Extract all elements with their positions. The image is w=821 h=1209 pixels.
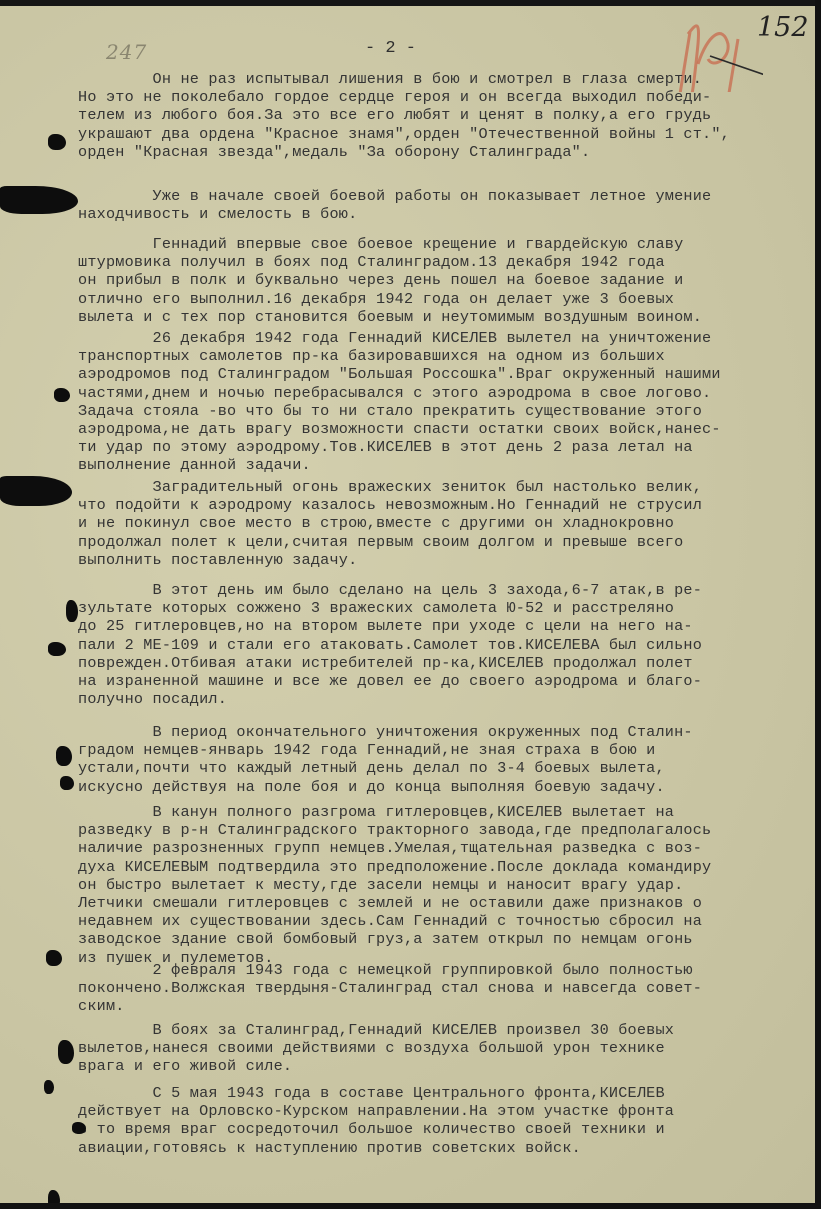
text-line: Задача стояла -во что бы то ни стало пре… xyxy=(78,402,778,420)
text-line: В боях за Сталинград,Геннадий КИСЕЛЕВ пр… xyxy=(78,1021,778,1039)
text-line: заводское здание свой бомбовый груз,а за… xyxy=(78,930,778,948)
text-line: вылетов,нанеся своими действиями с возду… xyxy=(78,1039,778,1057)
text-line: действует на Орловско-Курском направлени… xyxy=(78,1102,778,1120)
punch-hole xyxy=(48,642,66,656)
text-line: ти удар по этому аэродрому.Тов.КИСЕЛЕВ в… xyxy=(78,438,778,456)
text-line: Уже в начале своей боевой работы он пока… xyxy=(78,187,778,205)
text-line: продолжал полет к цели,считая первым сво… xyxy=(78,533,778,551)
text-line: разведку в р-н Сталинградского тракторно… xyxy=(78,821,778,839)
text-line: Геннадий впервые свое боевое крещение и … xyxy=(78,235,778,253)
paragraph-p6: В этот день им было сделано на цель 3 за… xyxy=(78,581,778,708)
paragraph-p3: Геннадий впервые свое боевое крещение и … xyxy=(78,235,778,326)
text-line: он прибыл в полк и буквально через день … xyxy=(78,271,778,289)
text-line: на израненной машине и все же довел ее д… xyxy=(78,672,778,690)
punch-hole xyxy=(46,950,62,966)
text-line: врага и его живой силе. xyxy=(78,1057,778,1075)
text-line: зультате которых сожжено 3 вражеских сам… xyxy=(78,599,778,617)
torn-edge xyxy=(0,186,78,214)
text-line: В период окончательного уничтожения окру… xyxy=(78,723,778,741)
text-line: орден "Красная звезда",медаль "За оборон… xyxy=(78,143,778,161)
text-line: устали,почти что каждый летный день дела… xyxy=(78,759,778,777)
punch-hole xyxy=(56,746,72,766)
text-line: Он не раз испытывал лишения в бою и смот… xyxy=(78,70,778,88)
text-line: аэродрома,не дать врагу возможности спас… xyxy=(78,420,778,438)
paragraph-p9: 2 февраля 1943 года с немецкой группиров… xyxy=(78,961,778,1016)
text-line: авиации,готовясь к наступлению против со… xyxy=(78,1139,778,1157)
text-line: штурмовика получил в боях под Сталинград… xyxy=(78,253,778,271)
text-line: и не покинул свое место в строю,вместе с… xyxy=(78,514,778,532)
text-line: телем из любого боя.За это все его любят… xyxy=(78,106,778,124)
text-line: недавнем их существовании здесь.Сам Генн… xyxy=(78,912,778,930)
folio-number: 152 xyxy=(757,12,809,43)
punch-hole xyxy=(66,600,78,622)
text-line: находчивость и смелость в бою. xyxy=(78,205,778,223)
document-page: 247 - 2 - 152 Он не раз испытывал лишени… xyxy=(0,6,818,1206)
punch-hole xyxy=(58,1040,74,1064)
punch-hole xyxy=(60,776,74,790)
text-line: что подойти к аэродрому казалось невозмо… xyxy=(78,496,778,514)
paragraph-p7: В период окончательного уничтожения окру… xyxy=(78,723,778,796)
punch-hole xyxy=(54,388,70,402)
paragraph-p2: Уже в начале своей боевой работы он пока… xyxy=(78,187,778,223)
text-line: Но это не поколебало гордое сердце героя… xyxy=(78,88,778,106)
text-line: получно посадил. xyxy=(78,690,778,708)
text-line: градом немцев-январь 1942 года Геннадий,… xyxy=(78,741,778,759)
punch-hole xyxy=(72,1122,86,1134)
text-line: пали 2 МЕ-109 и стали его атаковать.Само… xyxy=(78,636,778,654)
text-line: С 5 мая 1943 года в составе Центрального… xyxy=(78,1084,778,1102)
text-line: украшают два ордена "Красное знамя",орде… xyxy=(78,125,778,143)
text-line: ским. xyxy=(78,997,778,1015)
text-line: в то время враг сосредоточил большое кол… xyxy=(78,1120,778,1138)
torn-edge xyxy=(0,476,72,506)
text-line: покончено.Волжская твердыня-Сталинград с… xyxy=(78,979,778,997)
text-line: до 25 гитлеровцев,но на втором вылете пр… xyxy=(78,617,778,635)
scan-bottom-border xyxy=(0,1203,821,1209)
text-line: духа КИСЕЛЕВЫМ подтвердила это предполож… xyxy=(78,858,778,876)
text-line: поврежден.Отбивая атаки истребителей пр-… xyxy=(78,654,778,672)
archive-number: 247 xyxy=(106,40,147,64)
text-line: наличие разрозненных групп немцев.Умелая… xyxy=(78,839,778,857)
text-line: аэродромов под Сталинградом "Большая Рос… xyxy=(78,365,778,383)
paragraph-p10: В боях за Сталинград,Геннадий КИСЕЛЕВ пр… xyxy=(78,1021,778,1076)
text-line: 2 февраля 1943 года с немецкой группиров… xyxy=(78,961,778,979)
paragraph-p1: Он не раз испытывал лишения в бою и смот… xyxy=(78,70,778,161)
text-line: он быстро вылетает к месту,где засели не… xyxy=(78,876,778,894)
page-number: - 2 - xyxy=(365,39,416,58)
punch-hole xyxy=(44,1080,54,1094)
text-line: 26 декабря 1942 года Геннадий КИСЕЛЕВ вы… xyxy=(78,329,778,347)
text-line: выполнить поставленную задачу. xyxy=(78,551,778,569)
text-line: Заградительный огонь вражеских зениток б… xyxy=(78,478,778,496)
paragraph-p5: Заградительный огонь вражеских зениток б… xyxy=(78,478,778,569)
text-line: частями,днем и ночью перебрасывался с эт… xyxy=(78,384,778,402)
text-line: транспортных самолетов пр-ка базировавши… xyxy=(78,347,778,365)
paragraph-p11: С 5 мая 1943 года в составе Центрального… xyxy=(78,1084,778,1157)
paragraph-p8: В канун полного разгрома гитлеровцев,КИС… xyxy=(78,803,778,967)
text-line: выполнение данной задачи. xyxy=(78,456,778,474)
text-line: Летчики смешали гитлеровцев с землей и н… xyxy=(78,894,778,912)
text-line: искусно действуя на поле боя и до конца … xyxy=(78,778,778,796)
scan-right-border xyxy=(815,0,821,1209)
text-line: вылета и с тех пор становится боевым и н… xyxy=(78,308,778,326)
punch-hole xyxy=(48,134,66,150)
paragraph-p4: 26 декабря 1942 года Геннадий КИСЕЛЕВ вы… xyxy=(78,329,778,475)
text-line: В канун полного разгрома гитлеровцев,КИС… xyxy=(78,803,778,821)
text-line: В этот день им было сделано на цель 3 за… xyxy=(78,581,778,599)
text-line: отлично его выполнил.16 декабря 1942 год… xyxy=(78,290,778,308)
